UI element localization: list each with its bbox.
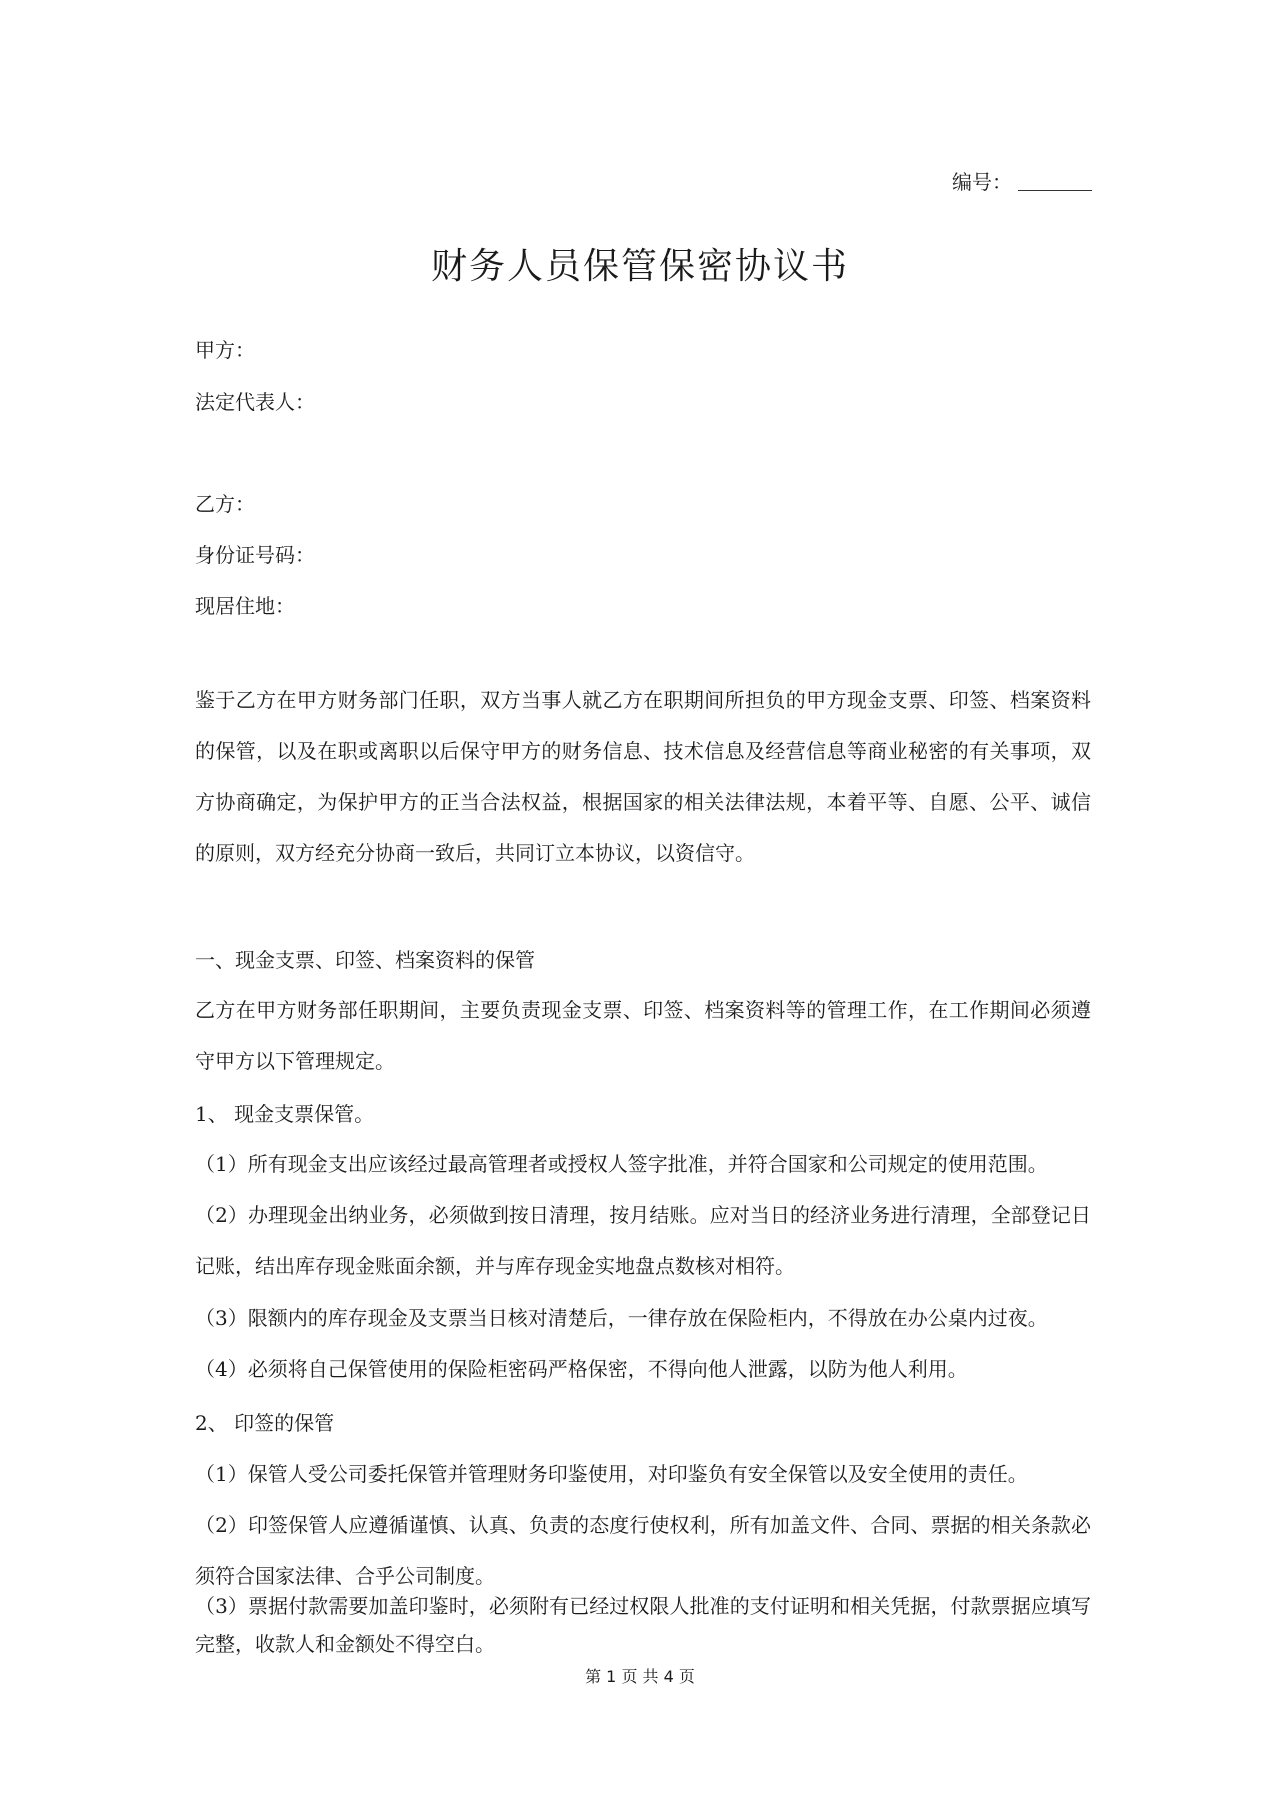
page-footer: 第 1 页 共 4 页 [0, 1666, 1280, 1688]
party-b-label: 乙方： [195, 490, 255, 518]
party-a-label: 甲方： [195, 336, 255, 364]
document-title: 财务人员保管保密协议书 [0, 242, 1280, 292]
preamble-paragraph: 鉴于乙方在甲方财务部门任职，双方当事人就乙方在职期间所担负的甲方现金支票、印签、… [195, 675, 1091, 879]
document-number-label: 编号： [952, 170, 1012, 194]
legal-representative-label: 法定代表人： [195, 388, 315, 416]
subsection-1-item-1: （1）所有现金支出应该经过最高管理者或授权人签字批准，并符合国家和公司规定的使用… [195, 1139, 1091, 1190]
subsection-1-item-2: （2）办理现金出纳业务，必须做到按日清理，按月结账。应对当日的经济业务进行清理，… [195, 1190, 1091, 1292]
id-number-label: 身份证号码： [195, 541, 315, 569]
section-1-intro: 乙方在甲方财务部任职期间，主要负责现金支票、印签、档案资料等的管理工作，在工作期… [195, 985, 1091, 1087]
document-number-field: 编号： [952, 168, 1092, 196]
subsection-1-item-3: （3）限额内的库存现金及支票当日核对清楚后，一律存放在保险柜内，不得放在办公桌内… [195, 1293, 1091, 1344]
subsection-2-heading: 2、 印签的保管 [195, 1409, 334, 1437]
current-address-label: 现居住地： [195, 592, 295, 620]
document-page: 编号： 财务人员保管保密协议书 甲方： 法定代表人： 乙方： 身份证号码： 现居… [0, 0, 1280, 1810]
subsection-1-item-4: （4）必须将自己保管使用的保险柜密码严格保密，不得向他人泄露，以防为他人利用。 [195, 1344, 1091, 1395]
document-number-blank [1018, 172, 1092, 191]
subsection-1-heading: 1、 现金支票保管。 [195, 1100, 374, 1128]
subsection-2-item-1: （1）保管人受公司委托保管并管理财务印鉴使用，对印鉴负有安全保管以及安全使用的责… [195, 1449, 1091, 1500]
subsection-2-item-3: （3）票据付款需要加盖印鉴时，必须附有已经过权限人批准的支付证明和相关凭据，付款… [195, 1587, 1091, 1663]
section-1-heading: 一、现金支票、印签、档案资料的保管 [195, 946, 535, 974]
